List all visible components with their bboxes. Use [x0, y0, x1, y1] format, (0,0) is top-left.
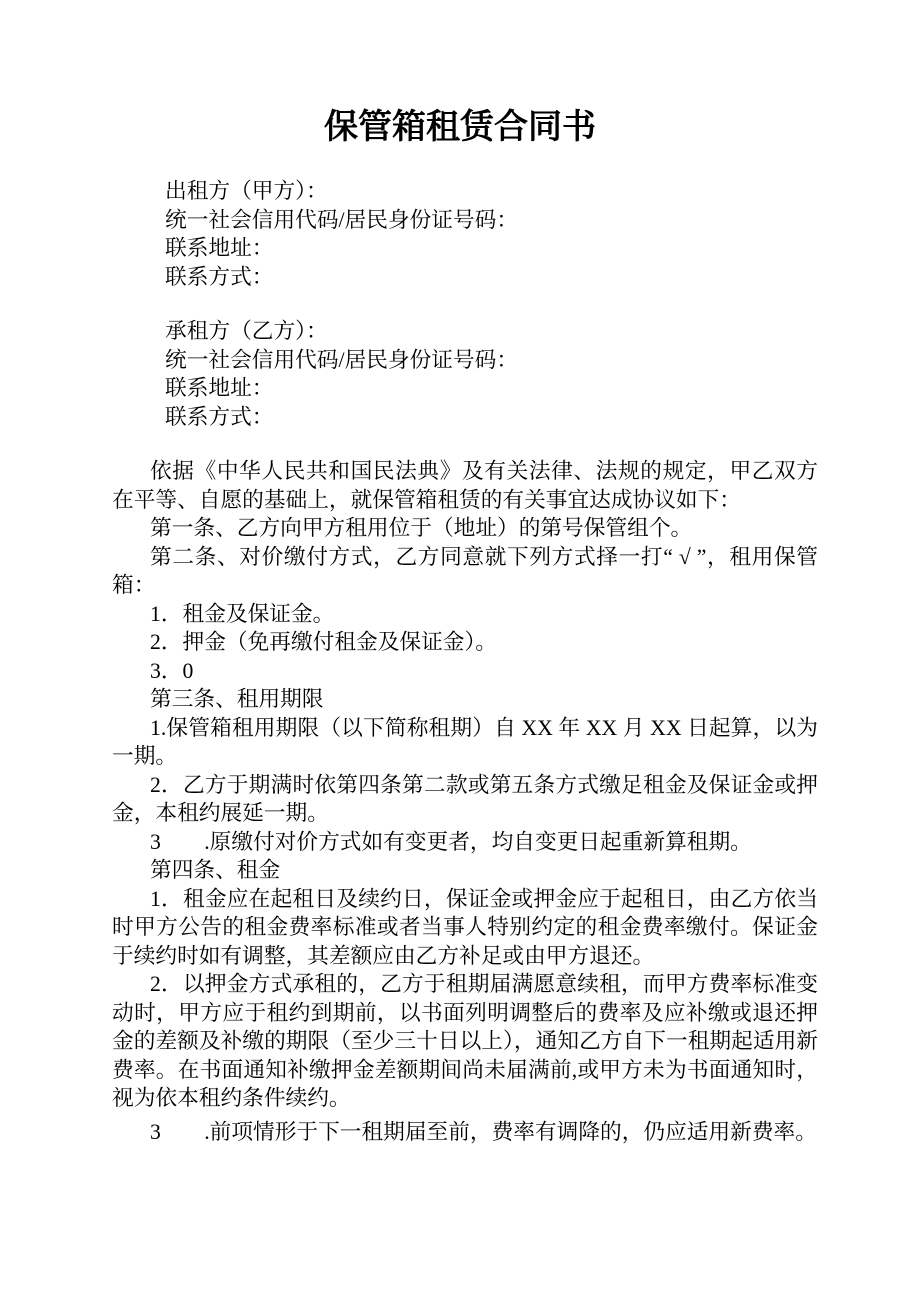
document-page: 保管箱租赁合同书 出租方（甲方）： 统一社会信用代码/居民身份证号码： 联系地址… [0, 0, 920, 1301]
clause-4-item-3: 3 .前项情形于下一租期届至前，费率有调降的，仍应适用新费率。 [112, 1113, 818, 1151]
clause-2-heading: 第二条、对价缴付方式，乙方同意就下列方式择一打“ √ ”，租用保管箱： [112, 543, 818, 600]
clause-3-item-1: 1.保管箱租用期限（以下简称租期）自 XX 年 XX 月 XX 日起算，以为一期… [112, 714, 818, 771]
party-b-credit-code-label: 统一社会信用代码/居民身份证号码： [112, 346, 818, 375]
clause-4-item-2: 2．以押金方式承租的，乙方于租期届满愿意续租，而甲方费率标准变动时，甲方应于租约… [112, 970, 818, 1113]
clause-1-paragraph: 第一条、乙方向甲方租用位于（地址）的第号保管组个。 [112, 514, 818, 543]
party-a-credit-code-label: 统一社会信用代码/居民身份证号码： [112, 206, 818, 235]
clause-3-item-2: 2．乙方于期满时依第四条第二款或第五条方式缴足租金及保证金或押金，本租约展延一期… [112, 771, 818, 828]
party-b-heading: 承租方（乙方）： [112, 317, 818, 346]
party-a-address-label: 联系地址： [112, 234, 818, 263]
party-a-contact-label: 联系方式： [112, 263, 818, 292]
preamble-paragraph: 依据《中华人民共和国民法典》及有关法律、法规的规定，甲乙双方在平等、自愿的基础上… [112, 457, 818, 514]
party-b-address-label: 联系地址： [112, 374, 818, 403]
clause-2-item-2: 2．押金（免再缴付租金及保证金）。 [112, 628, 818, 657]
blank-line [112, 291, 818, 317]
clause-2-item-3: 3．0 [112, 657, 818, 686]
clause-4-item-1: 1．租金应在起租日及续约日，保证金或押金应于起租日，由乙方依当时甲方公告的租金费… [112, 885, 818, 971]
party-a-heading: 出租方（甲方）： [112, 177, 818, 206]
document-body: 出租方（甲方）： 统一社会信用代码/居民身份证号码： 联系地址： 联系方式： 承… [112, 177, 818, 1151]
document-title: 保管箱租赁合同书 [0, 105, 920, 149]
clause-3-heading: 第三条、租用期限 [112, 685, 818, 714]
clause-4-heading: 第四条、租金 [112, 856, 818, 885]
clause-3-item-3: 3 .原缴付对价方式如有变更者，均自变更日起重新算租期。 [112, 828, 818, 857]
clause-2-item-1: 1．租金及保证金。 [112, 600, 818, 629]
party-b-contact-label: 联系方式： [112, 403, 818, 432]
blank-line [112, 431, 818, 457]
